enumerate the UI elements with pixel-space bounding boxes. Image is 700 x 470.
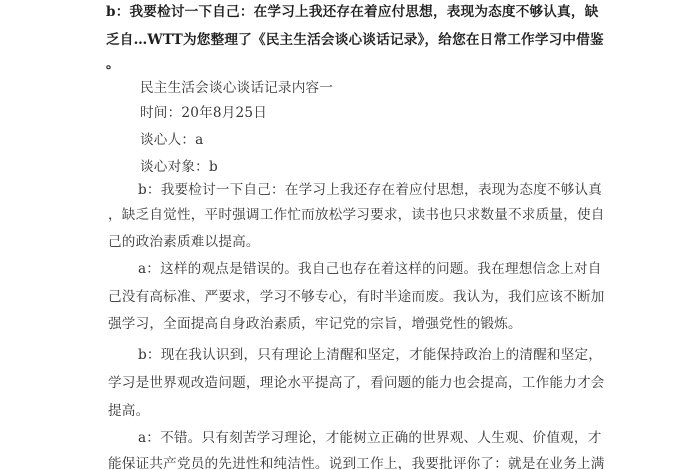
paragraph-1-line-1: b：我要检讨一下自己：在学习上我还存在着应付思想，表现为态度不够认真 [138, 181, 602, 199]
paragraph-3-line-1: b：现在我认识到，只有理论上清醒和坚定，才能保持政治上的清醒和坚定， [138, 346, 602, 364]
intro-line-1: b：我要检讨一下自己：在学习上我还存在着应付思想，表现为态度不够认真，缺 [106, 3, 598, 21]
intro-line-3: 。 [106, 55, 120, 73]
meta-time: 时间：20年8月25日 [140, 104, 267, 122]
paragraph-1-line-3: 己的政治素质难以提高。 [108, 233, 260, 251]
paragraph-3-line-3: 提高。 [108, 402, 149, 420]
paragraph-3-line-2: 学习是世界观改造问题，理论水平提高了，看问题的能力也会提高，工作能力才会 [108, 374, 605, 392]
paragraph-2-line-3: 强学习，全面提高自身政治素质，牢记党的宗旨，增强党性的锻炼。 [108, 315, 522, 333]
meta-target: 谈心对象：b [140, 158, 218, 176]
intro-line-2: 乏自…WTT为您整理了《民主生活会谈心谈话记录》，给您在日常工作学习中借鉴 [106, 31, 604, 49]
paragraph-2-line-2: 己没有高标准、严要求，学习不够专心，有时半途而废。我认为，我们应该不断加 [108, 288, 605, 306]
paragraph-1-line-2: ，缺乏自觉性，平时强调工作忙而放松学习要求，读书也只求数量不求质量，使自 [108, 206, 605, 224]
document-title: 民主生活会谈心谈话记录内容一 [140, 79, 333, 97]
paragraph-2-line-1: a：这样的观点是错误的。我自己也存在着这样的问题。我在理想信念上对自 [138, 260, 602, 278]
document-page: b：我要检讨一下自己：在学习上我还存在着应付思想，表现为态度不够认真，缺 乏自…… [0, 0, 700, 470]
paragraph-4-line-2: 能保证共产党员的先进性和纯洁性。说到工作上，我要批评你了：就是在业务上满 [108, 455, 605, 470]
meta-talker: 谈心人：a [140, 131, 203, 149]
paragraph-4-line-1: a：不错。只有刻苦学习理论，才能树立正确的世界观、人生观、价值观，才 [138, 429, 602, 447]
